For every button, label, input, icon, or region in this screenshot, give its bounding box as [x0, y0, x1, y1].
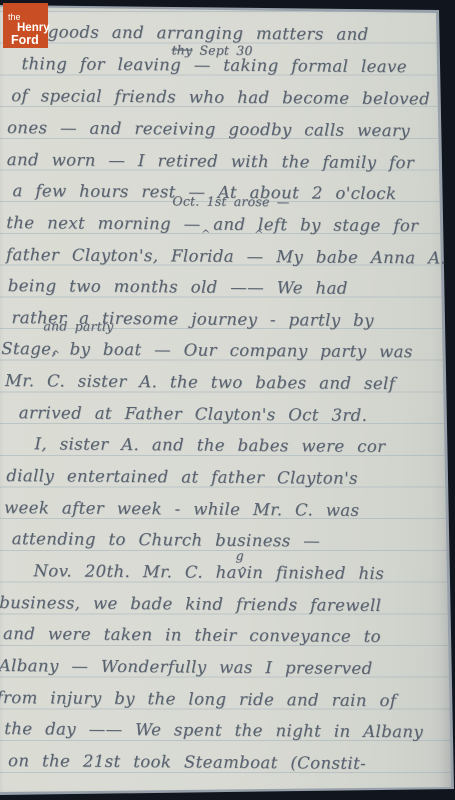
manuscript-line: on the 21st took Steamboat (Constit-: [8, 751, 366, 774]
manuscript-line: business, we bade kind friends farewell: [0, 593, 381, 616]
manuscript-line: Mr. C. sister A. the two babes and self: [5, 371, 395, 394]
manuscript-line: father Clayton's, Florida — My babe Anna…: [6, 245, 446, 268]
henry-ford-logo: the Henry Ford: [3, 3, 48, 48]
logo-the: the: [8, 13, 21, 22]
manuscript-line: from injury by the long ride and rain of: [0, 688, 396, 711]
manuscript-line: being two months old —— We had: [8, 276, 348, 299]
manuscript-line: attending to Church business —: [12, 529, 321, 551]
manuscript-line: arrived at Father Clayton's Oct 3rd.: [19, 403, 368, 426]
manuscript-line: ones — and receiving goodby calls weary: [7, 118, 410, 141]
interlinear-insertion-and-partly: and partly: [43, 319, 113, 334]
manuscript-line: week after week - while Mr. C. was: [4, 498, 360, 521]
manuscript-line: I, sister A. and the babes were cor: [34, 434, 385, 457]
manuscript-line: Nov. 20th. Mr. C. havin finished his: [33, 561, 384, 584]
manuscript-line: goods and arranging matters and: [48, 22, 369, 45]
handwriting-layer: goods and arranging matters and thySept …: [0, 0, 455, 800]
manuscript-line: and were taken in their conveyance to: [3, 624, 381, 647]
manuscript-line: of special friends who had become belove…: [11, 86, 430, 109]
scanned-journal-photo: goods and arranging matters and thySept …: [0, 0, 455, 800]
manuscript-line: dially entertained at father Clayton's: [6, 466, 358, 489]
manuscript-line: the next morning — and left by stage for: [6, 213, 418, 236]
manuscript-line: the day —— We spent the night in Albany: [4, 719, 423, 742]
interlinear-insertion-oct1: Oct. 1st arose —: [172, 194, 289, 209]
manuscript-line: thing for leaving — taking formal leave: [21, 54, 407, 77]
logo-ford: Ford: [11, 34, 39, 46]
interlinear-insertion-g: g: [236, 549, 244, 563]
manuscript-line: Albany — Wonderfully was I preserved: [0, 656, 373, 679]
manuscript-line: and worn — I retired with the family for: [7, 150, 415, 173]
manuscript-line: Stage, by boat — Our company party was: [1, 339, 413, 362]
